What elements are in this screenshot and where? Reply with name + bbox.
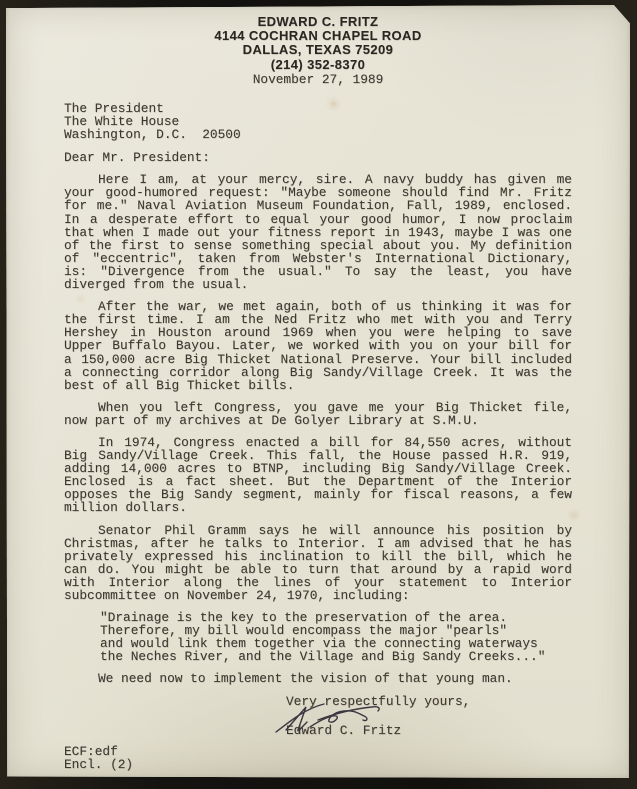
letter-paper: EDWARD C. FRITZ 4144 COCHRAN CHAPEL ROAD… bbox=[6, 5, 630, 778]
recipient-block: The President The White House Washington… bbox=[64, 102, 572, 141]
letter-line: best of all Big Thicket bills. bbox=[64, 379, 572, 392]
paragraph: Senator Phil Gramm says he will announce… bbox=[64, 524, 572, 603]
quote-block: "Drainage is the key to the preservation… bbox=[100, 611, 572, 663]
letter-body: Here I am, at your mercy, sire. A navy b… bbox=[64, 173, 572, 685]
letter-date: November 27, 1989 bbox=[64, 73, 572, 86]
typist-initials: ECF:edf bbox=[64, 745, 572, 758]
scan-background: EDWARD C. FRITZ 4144 COCHRAN CHAPEL ROAD… bbox=[0, 0, 637, 789]
letterhead-city: DALLAS, TEXAS 75209 bbox=[64, 43, 572, 57]
paragraph: When you left Congress, you gave me your… bbox=[64, 401, 572, 427]
paragraph: Here I am, at your mercy, sire. A navy b… bbox=[64, 173, 572, 291]
letter-line: In a desperate effort to equal your good… bbox=[64, 213, 572, 226]
letter-line: Senator Phil Gramm says he will announce… bbox=[64, 524, 572, 537]
letterhead-name: EDWARD C. FRITZ bbox=[64, 15, 572, 29]
letterhead-address: 4144 COCHRAN CHAPEL ROAD bbox=[64, 29, 572, 43]
closing-block: Very respectfully yours, Edward C. Fritz bbox=[286, 695, 572, 737]
footer-block: ECF:edf Encl. (2) bbox=[64, 745, 572, 771]
paragraph: In 1974, Congress enacted a bill for 84,… bbox=[64, 436, 572, 515]
letter-line: the Neches River, and the Village and Bi… bbox=[100, 650, 572, 663]
signer-name: Edward C. Fritz bbox=[286, 724, 572, 737]
letter-line: We need now to implement the vision of t… bbox=[64, 672, 572, 685]
valediction: Very respectfully yours, bbox=[286, 695, 572, 708]
enclosure-note: Encl. (2) bbox=[64, 758, 572, 771]
letter-line: million dollars. bbox=[64, 501, 572, 514]
letter-line: Christmas, after he talks to Interior. I… bbox=[64, 537, 572, 550]
letterhead-phone: (214) 352-8370 bbox=[64, 58, 572, 72]
letter-line: privately expressed his inclination to k… bbox=[64, 550, 572, 563]
letter-line: Upper Buffalo Bayou. Later, we worked wi… bbox=[64, 339, 572, 352]
letter-line: diverged from the usual. bbox=[64, 278, 572, 291]
letterhead: EDWARD C. FRITZ 4144 COCHRAN CHAPEL ROAD… bbox=[64, 15, 572, 86]
recipient-line: Washington, D.C. 20500 bbox=[64, 128, 572, 141]
letter-line: that when I made out your fitness report… bbox=[64, 226, 572, 239]
salutation: Dear Mr. President: bbox=[64, 151, 572, 164]
letter-line: a 150,000 acre Big Thicket National Pres… bbox=[64, 353, 572, 366]
paragraph: We need now to implement the vision of t… bbox=[64, 672, 572, 685]
letter-line: a connecting corridor along Big Sandy/Vi… bbox=[64, 366, 572, 379]
letter-line: of "eccentric", taken from Webster's Int… bbox=[64, 252, 572, 265]
letter-line: now part of my archives at De Golyer Lib… bbox=[64, 414, 572, 427]
letter-line: When you left Congress, you gave me your… bbox=[64, 401, 572, 414]
letter-line: can do. You might be able to turn that a… bbox=[64, 563, 572, 576]
paragraph: After the war, we met again, both of us … bbox=[64, 300, 572, 392]
letter-line: for me." Naval Aviation Museum Foundatio… bbox=[64, 199, 572, 212]
letter-line: subcommittee on November 24, 1970, inclu… bbox=[64, 589, 572, 602]
letter-line: of the first to sense something special … bbox=[64, 239, 572, 252]
